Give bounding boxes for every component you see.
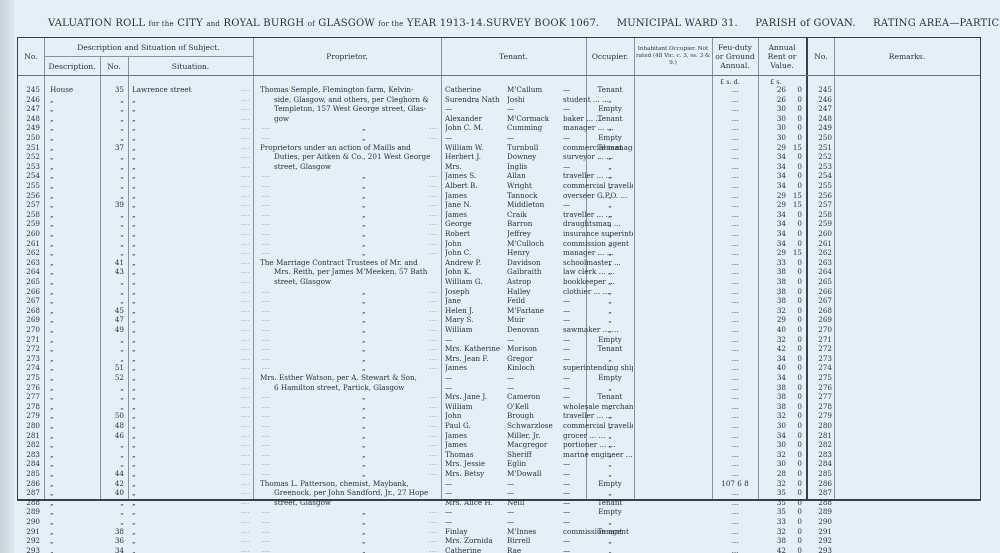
tenant-first-name: Surendra Nath [445, 95, 505, 105]
rent-shillings: 0 [788, 95, 802, 105]
ditto-mark: „ [362, 296, 374, 306]
leader-dots: ... [262, 210, 282, 220]
leader-dots: ... [418, 219, 438, 229]
rent-pounds: 38 [766, 267, 786, 277]
tenant-first-name: Alexander [445, 114, 505, 124]
leader-dots: ... [418, 507, 438, 517]
row-number: 247 [18, 104, 40, 114]
survey-book: SURVEY BOOK 1067. [486, 18, 599, 29]
proprietor-ditto-row: ...„... [18, 411, 980, 421]
occupier-status: Empty [588, 479, 632, 489]
rent-pounds: 26 [766, 95, 786, 105]
roll-subtitle: SURVEY BOOK 1067. MUNICIPAL WARD 31. PAR… [486, 18, 1000, 29]
situation: Lawrence street [132, 85, 202, 95]
rent-pounds: 30 [766, 114, 786, 124]
tenant-surname: Inglis [507, 162, 555, 172]
house-number: „ [102, 114, 124, 124]
leader-dots: ... [194, 95, 250, 105]
leader-dots: ... [418, 402, 438, 412]
situation: „ [132, 95, 202, 105]
rent-shillings: 0 [788, 498, 802, 508]
ditto-mark: „ [362, 402, 374, 412]
proprietor-ditto-row: ...„... [18, 469, 980, 479]
leader-dots: ... [418, 469, 438, 479]
house-number: 40 [102, 488, 124, 498]
description: House [50, 85, 96, 95]
ditto-mark: „ [362, 517, 374, 527]
row-number: 251 [18, 143, 40, 153]
title-connector: for the [378, 20, 403, 28]
situation: „ [132, 277, 202, 287]
row-number-right: 248 [810, 114, 832, 124]
proprietor-ditto-row: ...„... [18, 440, 980, 450]
leader-dots: ... [194, 373, 250, 383]
house-number: „ [102, 104, 124, 114]
page-edge-shadow [0, 0, 14, 553]
ditto-mark: „ [362, 287, 374, 297]
row-number: 253 [18, 162, 40, 172]
tenant-first-name: Mrs. Alice H. [445, 498, 505, 508]
leader-dots: ... [262, 421, 282, 431]
leader-dots: ... [262, 171, 282, 181]
tenant-first-name: — [445, 479, 505, 489]
rent-pounds: 26 [766, 85, 786, 95]
rent-pounds: 34 [766, 152, 786, 162]
leader-dots: ... [418, 325, 438, 335]
leader-dots: ... [194, 104, 250, 114]
proprietor-ditto-row: ...„... [18, 402, 980, 412]
ditto-mark: „ [362, 527, 374, 537]
leader-dots: ... [418, 411, 438, 421]
ditto-mark: „ [362, 210, 374, 220]
leader-dots: ... [262, 354, 282, 364]
proprietor-ditto-row: ...„... [18, 306, 980, 316]
proprietor-ditto-row: ...„... [18, 248, 980, 258]
leader-dots: ... [262, 431, 282, 441]
occupier-status: Tenant [588, 114, 632, 124]
rent-shillings: 0 [788, 85, 802, 95]
leader-dots: ... [262, 392, 282, 402]
leader-dots: ... [262, 296, 282, 306]
feu-duty: ... [714, 383, 756, 393]
leader-dots: ... [418, 191, 438, 201]
col-header-feu-duty: Feu-duty or Ground Annual. [712, 38, 758, 75]
tenant-first-name: Herbert J. [445, 152, 505, 162]
proprietor-ditto-row: ...„... [18, 421, 980, 431]
table-row: 247„„„———Empty...300247... [18, 104, 980, 114]
leader-dots: ... [418, 306, 438, 316]
proprietor-entry: Thomas Semple, Flemington farm, Kelvin-s… [260, 85, 438, 123]
tenant-surname: — [507, 488, 555, 498]
proprietor-ditto-row: ...„... [18, 527, 980, 537]
occupier-status: „ [588, 277, 632, 287]
municipal-ward: MUNICIPAL WARD 31. [617, 18, 738, 29]
table-row: 248„„„AlexanderM'Cormackbaker ... ...Ten… [18, 114, 980, 124]
rent-shillings: 0 [788, 104, 802, 114]
table-row: 263„41„Andrew P.Davidsonschoolmaster ...… [18, 258, 980, 268]
feu-duty: ... [714, 488, 756, 498]
feu-duty: ... [714, 85, 756, 95]
leader-dots: ... [194, 488, 250, 498]
description: „ [50, 267, 96, 277]
ditto-mark: „ [362, 431, 374, 441]
table-row: 264„43„John K.Galbraithlaw clerk ... ...… [18, 267, 980, 277]
leader-dots: ... [194, 143, 250, 153]
description: „ [50, 95, 96, 105]
ditto-mark: „ [362, 507, 374, 517]
ditto-mark: „ [362, 392, 374, 402]
proprietor-ditto-row: ...„... [18, 133, 980, 143]
feu-duty: ... [714, 267, 756, 277]
leader-dots: ... [262, 536, 282, 546]
col-header-situation: Situation. [128, 57, 253, 75]
rent-shillings: 0 [788, 488, 802, 498]
occupier-status: Empty [588, 104, 632, 114]
leader-dots: ... [418, 392, 438, 402]
leader-dots: ... [194, 152, 250, 162]
leader-dots: ... [194, 258, 250, 268]
situation: „ [132, 143, 202, 153]
leader-dots: ... [262, 469, 282, 479]
proprietor-ditto-row: ...„... [18, 325, 980, 335]
leader-dots: ... [418, 335, 438, 345]
proprietor-ditto-row: ...„... [18, 123, 980, 133]
proprietor-ditto-row: ...„... [18, 517, 980, 527]
leader-dots: ... [262, 411, 282, 421]
occupier-status: Tenant [588, 498, 632, 508]
occupier-status: Tenant [588, 85, 632, 95]
row-number: 265 [18, 277, 40, 287]
leader-dots: ... [418, 315, 438, 325]
situation: „ [132, 373, 202, 383]
proprietor-ditto-row: ...„... [18, 315, 980, 325]
leader-dots: ... [262, 191, 282, 201]
description: „ [50, 104, 96, 114]
tenant-first-name: — [445, 104, 505, 114]
title-burgh: ROYAL BURGH [223, 18, 304, 29]
rent-shillings: 0 [788, 162, 802, 172]
feu-duty: 107 6 8 [714, 479, 756, 489]
rent-shillings: 0 [788, 114, 802, 124]
proprietor-ditto-row: ...„... [18, 354, 980, 364]
proprietor-line: Proprietors under an action of Maills an… [260, 143, 438, 153]
row-number-right: 253 [810, 162, 832, 172]
leader-dots: ... [262, 402, 282, 412]
leader-dots: ... [418, 181, 438, 191]
leader-dots: ... [262, 181, 282, 191]
col-header-no-right: No. [808, 38, 834, 75]
col-header-tenant: Tenant. [441, 38, 586, 75]
leader-dots: ... [418, 536, 438, 546]
situation: „ [132, 162, 202, 172]
row-number: 248 [18, 114, 40, 124]
leader-dots: ... [194, 498, 250, 508]
tenant-surname: Joshi [507, 95, 555, 105]
leader-dots: ... [262, 229, 282, 239]
ditto-mark: „ [362, 344, 374, 354]
leader-dots: ... [418, 431, 438, 441]
house-number: 43 [102, 267, 124, 277]
proprietor-ditto-row: ...„... [18, 287, 980, 297]
row-number-right: 265 [810, 277, 832, 287]
table-row: 275„52„———Empty...340275... [18, 373, 980, 383]
ditto-mark: „ [362, 411, 374, 421]
leader-dots: ... [194, 277, 250, 287]
feu-duty: ... [714, 114, 756, 124]
leader-dots: ... [418, 123, 438, 133]
title-city: CITY [177, 18, 203, 29]
leader-dots: ... [418, 229, 438, 239]
rent-shillings: 0 [788, 277, 802, 287]
leader-dots: ... [262, 363, 282, 373]
tenant-surname: — [507, 104, 555, 114]
leader-dots: ... [194, 479, 250, 489]
tenant-surname: Turnbull [507, 143, 555, 153]
description: „ [50, 162, 96, 172]
leader-dots: ... [418, 517, 438, 527]
row-number-right: 251 [810, 143, 832, 153]
valuation-table: No. Description and Situation of Subject… [17, 37, 981, 501]
proprietor-ditto-row: ...„... [18, 296, 980, 306]
leader-dots: ... [262, 315, 282, 325]
leader-dots: ... [262, 450, 282, 460]
feu-duty: ... [714, 258, 756, 268]
row-number: 246 [18, 95, 40, 105]
col-header-description: Description. [44, 57, 100, 75]
leader-dots: ... [262, 123, 282, 133]
ditto-mark: „ [362, 315, 374, 325]
leader-dots: ... [262, 219, 282, 229]
description: „ [50, 383, 96, 393]
leader-dots: ... [262, 459, 282, 469]
ditto-mark: „ [362, 325, 374, 335]
table-row: 251„37„William W.Turnbullcommercial mana… [18, 143, 980, 153]
occupier-status: „ [588, 95, 632, 105]
col-header-number: No. [100, 57, 128, 75]
house-number: 41 [102, 258, 124, 268]
row-number-right: 276 [810, 383, 832, 393]
leader-dots: ... [418, 296, 438, 306]
rent-pounds: 35 [766, 488, 786, 498]
row-number-right: 246 [810, 95, 832, 105]
tenant-first-name: — [445, 373, 505, 383]
proprietor-ditto-row: ...„... [18, 210, 980, 220]
tenant-surname: — [507, 383, 555, 393]
tenant-surname: Davidson [507, 258, 555, 268]
col-header-no: No. [18, 38, 44, 75]
ditto-mark: „ [362, 440, 374, 450]
rent-pounds: 34 [766, 373, 786, 383]
feu-duty: ... [714, 95, 756, 105]
feu-duty: ... [714, 498, 756, 508]
leader-dots: ... [418, 363, 438, 373]
feu-duty: ... [714, 143, 756, 153]
table-row: 286„42„———Empty107 6 8320286... [18, 479, 980, 489]
tenant-first-name: William W. [445, 143, 505, 153]
rent-pounds: 32 [766, 479, 786, 489]
rent-pounds: 34 [766, 162, 786, 172]
row-number: 287 [18, 488, 40, 498]
leader-dots: ... [418, 527, 438, 537]
tenant-surname: Astrop [507, 277, 555, 287]
occupier-status: „ [588, 267, 632, 277]
table-row: 265„„„William G.Astropbookkeeper ...„...… [18, 277, 980, 287]
description: „ [50, 114, 96, 124]
table-row: 253„„„Mrs.Inglis—„...340253... [18, 162, 980, 172]
col-header-remarks: Remarks. [834, 38, 980, 75]
table-row: 245House35Lawrence streetCatherineM'Call… [18, 85, 980, 95]
leader-dots: ... [262, 248, 282, 258]
tenant-surname: — [507, 373, 555, 383]
proprietor-ditto-row: ...„... [18, 239, 980, 249]
leader-dots: ... [418, 546, 438, 553]
house-number: „ [102, 383, 124, 393]
house-number: „ [102, 95, 124, 105]
ditto-mark: „ [362, 335, 374, 345]
ditto-mark: „ [362, 229, 374, 239]
leader-dots: ... [418, 450, 438, 460]
house-number: „ [102, 498, 124, 508]
description: „ [50, 498, 96, 508]
leader-dots: ... [262, 335, 282, 345]
leader-dots: ... [418, 248, 438, 258]
leader-dots: ... [262, 440, 282, 450]
tenant-first-name: William G. [445, 277, 505, 287]
tenant-surname: M'Cormack [507, 114, 555, 124]
proprietor-line: street, Glasgow [260, 277, 438, 287]
occupier-status: „ [588, 383, 632, 393]
proprietor-ditto-row: ...„... [18, 546, 980, 553]
table-row: 276„„„———„...380276... [18, 383, 980, 393]
proprietor-ditto-row: ...„... [18, 229, 980, 239]
proprietor-ditto-row: ...„... [18, 507, 980, 517]
table-row: 288„„„Mrs. Alice H.Neill—Tenant...350288… [18, 498, 980, 508]
leader-dots: ... [194, 162, 250, 172]
rent-pounds: 35 [766, 498, 786, 508]
leader-dots: ... [262, 325, 282, 335]
situation: „ [132, 267, 202, 277]
leader-dots: ... [418, 200, 438, 210]
leader-dots: ... [262, 527, 282, 537]
ditto-mark: „ [362, 459, 374, 469]
parish: PARISH of GOVAN. [755, 18, 855, 29]
row-number: 288 [18, 498, 40, 508]
proprietor-line: Mrs. Reith, per James M'Meeken, 57 Bath [260, 267, 438, 277]
proprietor-ditto-row: ...„... [18, 392, 980, 402]
row-number-right: 275 [810, 373, 832, 383]
title-connector: and [206, 20, 220, 28]
row-number-right: 264 [810, 267, 832, 277]
house-number: 52 [102, 373, 124, 383]
leader-dots: ... [418, 344, 438, 354]
proprietor-entry: The Marriage Contract Trustees of Mr. an… [260, 258, 438, 287]
rent-shillings: 0 [788, 373, 802, 383]
rent-shillings: 0 [788, 258, 802, 268]
rent-pounds: 30 [766, 104, 786, 114]
proprietor-line: Thomas L. Patterson, chemist, Maybank, [260, 479, 438, 489]
occupier-status: Tenant [588, 143, 632, 153]
occupier-status: Empty [588, 373, 632, 383]
leader-dots: ... [418, 171, 438, 181]
proprietor-line: Thomas Semple, Flemington farm, Kelvin- [260, 85, 438, 95]
leader-dots: ... [262, 546, 282, 553]
situation: „ [132, 104, 202, 114]
proprietor-ditto-row: ...„... [18, 181, 980, 191]
proprietor-ditto-row: ...„... [18, 536, 980, 546]
title-main: VALUATION ROLL [48, 18, 145, 29]
row-number-right: 252 [810, 152, 832, 162]
occupier-status: „ [588, 488, 632, 498]
leader-dots: ... [418, 239, 438, 249]
situation: „ [132, 383, 202, 393]
table-row: 252„„„Herbert J.Downeysurveyor ... ...„.… [18, 152, 980, 162]
proprietor-ditto-row: ...„... [18, 200, 980, 210]
house-number: 37 [102, 143, 124, 153]
ditto-mark: „ [362, 536, 374, 546]
proprietor-line: street, Glasgow [260, 498, 438, 508]
row-number: 276 [18, 383, 40, 393]
house-number: „ [102, 152, 124, 162]
rent-pounds: 29 [766, 143, 786, 153]
proprietor-line: street, Glasgow [260, 162, 438, 172]
rent-shillings: 15 [788, 143, 802, 153]
ditto-mark: „ [362, 123, 374, 133]
leader-dots: ... [262, 200, 282, 210]
proprietor-line: gow [260, 114, 438, 124]
tenant-surname: — [507, 479, 555, 489]
leader-dots: ... [262, 306, 282, 316]
row-number-right: 286 [810, 479, 832, 489]
proprietor-ditto-row: ...„... [18, 219, 980, 229]
title-connector: for the [149, 20, 174, 28]
rent-pounds: 38 [766, 277, 786, 287]
ditto-mark: „ [362, 239, 374, 249]
rent-shillings: 0 [788, 383, 802, 393]
description: „ [50, 258, 96, 268]
tenant-first-name: John K. [445, 267, 505, 277]
row-number: 252 [18, 152, 40, 162]
leader-dots: ... [262, 517, 282, 527]
feu-duty: ... [714, 373, 756, 383]
ditto-mark: „ [362, 181, 374, 191]
table-row: 246„„„Surendra NathJoshistudent ... ...„… [18, 95, 980, 105]
feu-duty: ... [714, 162, 756, 172]
occupier-status: „ [588, 258, 632, 268]
description: „ [50, 488, 96, 498]
proprietor-line: Mrs. Esther Watson, per A. Stewart & Son… [260, 373, 438, 383]
situation: „ [132, 488, 202, 498]
situation: „ [132, 498, 202, 508]
description: „ [50, 373, 96, 383]
leader-dots: ... [194, 267, 250, 277]
proprietor-entry: Thomas L. Patterson, chemist, Maybank,Gr… [260, 479, 438, 508]
situation: „ [132, 258, 202, 268]
leader-dots: ... [418, 133, 438, 143]
ditto-mark: „ [362, 469, 374, 479]
row-number: 245 [18, 85, 40, 95]
page-header: VALUATION ROLL for the CITY and ROYAL BU… [48, 18, 988, 29]
row-number-right: 287 [810, 488, 832, 498]
row-number: 264 [18, 267, 40, 277]
proprietor-entry: Mrs. Esther Watson, per A. Stewart & Son… [260, 373, 438, 392]
leader-dots: ... [194, 383, 250, 393]
description: „ [50, 277, 96, 287]
description: „ [50, 479, 96, 489]
row-number-right: 245 [810, 85, 832, 95]
tenant-first-name: — [445, 488, 505, 498]
ditto-mark: „ [362, 450, 374, 460]
proprietor-ditto-row: ...„... [18, 191, 980, 201]
